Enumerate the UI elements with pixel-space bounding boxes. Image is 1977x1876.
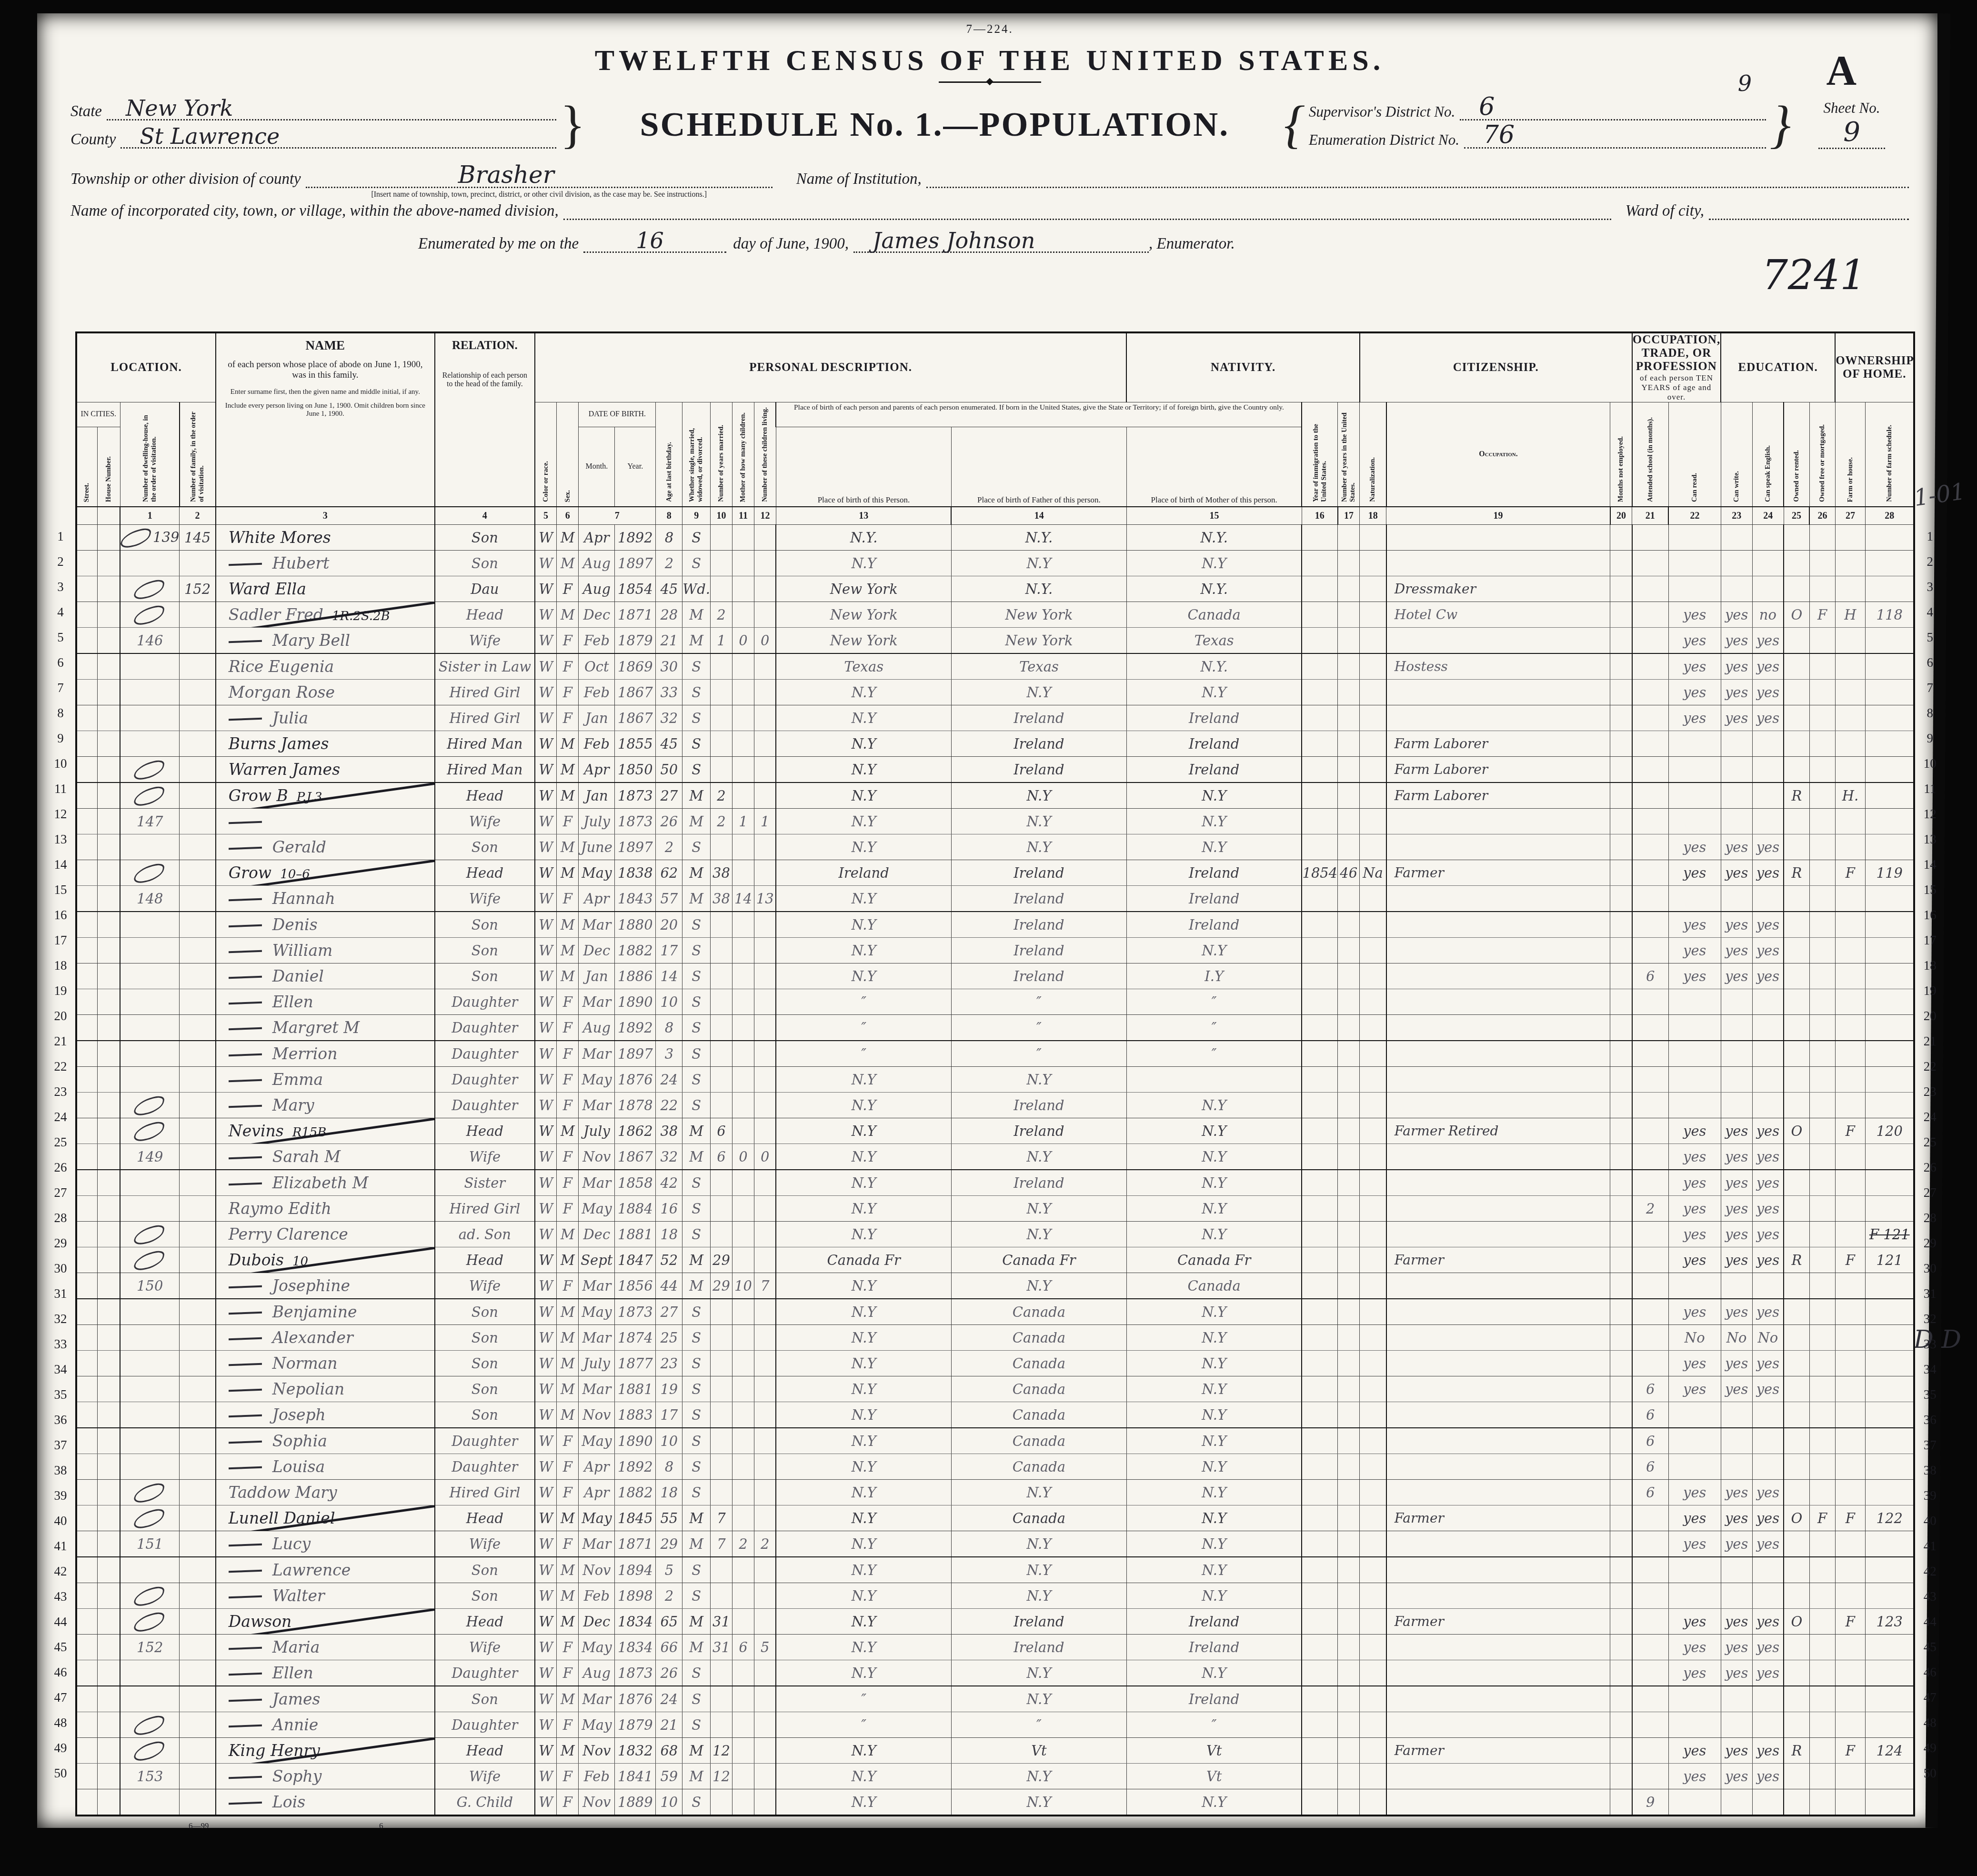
cell-mother-of (732, 1428, 754, 1454)
cell-can-speak: yes (1752, 1196, 1784, 1222)
cell-birth-month: Jan (579, 963, 615, 989)
cell-marital: M (682, 783, 711, 809)
cell-immigration-year (1302, 989, 1337, 1015)
cell-farm-schedule (1866, 912, 1915, 938)
cell-free-mortgaged (1809, 1764, 1835, 1789)
cell-can-write: yes (1721, 1118, 1752, 1144)
cell-name: Hubert (216, 551, 435, 576)
line-number-left-29: 29 (46, 1231, 75, 1256)
cell-dwelling (120, 1299, 180, 1325)
supervisor-district-line: 6 (1460, 100, 1766, 120)
cell-can-write (1721, 731, 1752, 757)
cell-family (180, 1170, 216, 1196)
township-line: Brasher [Insert name of township, town, … (306, 168, 773, 188)
cell-years-married (710, 1170, 732, 1196)
cell-dwelling (120, 1222, 180, 1247)
cell-can-speak (1752, 1454, 1784, 1480)
cell-house (97, 1093, 120, 1118)
line-number-right-38: 38 (1915, 1458, 1945, 1483)
cell-sex: M (557, 1351, 579, 1376)
cell-can-read: yes (1668, 602, 1721, 628)
cell-color: W (535, 1041, 557, 1067)
cell-color: W (535, 1299, 557, 1325)
cell-owned-rented (1784, 705, 1809, 731)
cell-birth-month: May (579, 1299, 615, 1325)
cell-free-mortgaged (1809, 1738, 1835, 1764)
cell-street (76, 1789, 97, 1816)
cell-farm-house: H (1835, 602, 1866, 628)
cell-free-mortgaged (1809, 1247, 1835, 1273)
cell-marital: M (682, 1609, 711, 1635)
line-number-right-39: 39 (1915, 1483, 1945, 1508)
cell-can-speak (1752, 1557, 1784, 1583)
enumerator-name: James Johnson (873, 228, 1035, 253)
county-line: St Lawrence (120, 128, 556, 149)
cell-immigration-year (1302, 938, 1337, 963)
cell-pob-person: N.Y (776, 1273, 951, 1299)
cell-years-in-us (1338, 1480, 1360, 1505)
col-pob-person: Place of birth of this Person. (776, 427, 951, 507)
cell-relation: Head (435, 1505, 535, 1531)
cell-children-living (754, 1583, 776, 1609)
cell-pob-father: Canada (951, 1428, 1126, 1454)
cell-name: Warren James (216, 757, 435, 783)
cell-birth-year: 1897 (615, 834, 656, 860)
cell-children-living (754, 1686, 776, 1712)
cell-can-speak (1752, 551, 1784, 576)
cell-can-write (1721, 1093, 1752, 1118)
cell-children-living (754, 1351, 776, 1376)
cell-street (76, 1557, 97, 1583)
cell-naturalization (1360, 1196, 1386, 1222)
cell-immigration-year (1302, 731, 1337, 757)
cell-pob-mother: Ireland (1126, 731, 1302, 757)
line-number-right-33: 33 (1915, 1332, 1945, 1357)
cell-street (76, 525, 97, 551)
cell-age: 26 (656, 809, 682, 834)
cell-color: W (535, 1376, 557, 1402)
cell-owned-rented (1784, 576, 1809, 602)
cell-family (180, 886, 216, 912)
cell-relation: Hired Girl (435, 1480, 535, 1505)
cell-months-not-employed (1610, 1505, 1632, 1531)
cell-naturalization (1360, 1144, 1386, 1170)
city-line (563, 200, 1611, 220)
cell-mother-of (732, 1738, 754, 1764)
cell-children-living (754, 860, 776, 886)
cell-attended-school (1632, 1764, 1669, 1789)
cell-immigration-year (1302, 1609, 1337, 1635)
cell-can-read: yes (1668, 1351, 1721, 1376)
cell-street (76, 1376, 97, 1402)
cell-can-speak: yes (1752, 1170, 1784, 1196)
cell-house (97, 1531, 120, 1557)
cell-years-in-us (1338, 1170, 1360, 1196)
cell-mother-of (732, 1583, 754, 1609)
cell-color: W (535, 1454, 557, 1480)
cell-farm-schedule (1866, 653, 1915, 680)
cell-birth-year: 1897 (615, 551, 656, 576)
cell-pob-mother: Ireland (1126, 860, 1302, 886)
cell-dwelling (120, 1093, 180, 1118)
cell-farm-house (1835, 809, 1866, 834)
cell-pob-father: Ireland (951, 860, 1126, 886)
cell-can-speak (1752, 886, 1784, 912)
cell-owned-rented (1784, 1067, 1809, 1093)
cell-street (76, 653, 97, 680)
cell-can-read: yes (1668, 1609, 1721, 1635)
cell-relation: Son (435, 912, 535, 938)
line-number-right-46: 46 (1915, 1660, 1945, 1685)
cell-birth-year: 1843 (615, 886, 656, 912)
cell-relation: Daughter (435, 1067, 535, 1093)
cell-marital: S (682, 525, 711, 551)
cell-owned-rented: R (1784, 783, 1809, 809)
cell-color: W (535, 1144, 557, 1170)
cell-attended-school: 6 (1632, 1454, 1669, 1480)
cell-pob-mother: N.Y (1126, 809, 1302, 834)
cell-house (97, 1609, 120, 1635)
cell-farm-house: F (1835, 1247, 1866, 1273)
census-table: LOCATION. NAME of each person whose plac… (75, 331, 1915, 1816)
cell-dwelling (120, 653, 180, 680)
cell-free-mortgaged (1809, 1789, 1835, 1816)
cell-birth-month: May (579, 1712, 615, 1738)
cell-house (97, 1170, 120, 1196)
cell-attended-school (1632, 1351, 1669, 1376)
cell-birth-month: Apr (579, 1480, 615, 1505)
line-number-right-48: 48 (1915, 1710, 1945, 1736)
cell-can-write (1721, 1015, 1752, 1041)
cell-children-living (754, 602, 776, 628)
cell-birth-month: Aug (579, 1015, 615, 1041)
cell-can-write: yes (1721, 1738, 1752, 1764)
cell-mother-of (732, 783, 754, 809)
cell-birth-year: 1874 (615, 1325, 656, 1351)
cell-age: 26 (656, 1660, 682, 1686)
cell-mother-of (732, 1454, 754, 1480)
cell-age: 65 (656, 1609, 682, 1635)
cell-pob-father: Vt (951, 1738, 1126, 1764)
cell-relation: Head (435, 783, 535, 809)
cell-owned-rented (1784, 628, 1809, 654)
cell-farm-schedule (1866, 1376, 1915, 1402)
cell-can-read: yes (1668, 1738, 1721, 1764)
cell-free-mortgaged (1809, 1325, 1835, 1351)
cell-attended-school: 6 (1632, 1402, 1669, 1428)
cell-occupation: Farmer (1386, 860, 1610, 886)
cell-age: 33 (656, 680, 682, 705)
cell-immigration-year (1302, 1222, 1337, 1247)
cell-birth-year: 1873 (615, 809, 656, 834)
cell-birth-month: Mar (579, 1041, 615, 1067)
cell-dwelling (120, 1247, 180, 1273)
cell-free-mortgaged (1809, 834, 1835, 860)
cell-pob-mother: N.Y (1126, 834, 1302, 860)
cell-naturalization (1360, 886, 1386, 912)
cell-street (76, 731, 97, 757)
cell-name: James (216, 1686, 435, 1712)
cell-sex: F (557, 1067, 579, 1093)
col-farm-schedule: Number of farm schedule. (1866, 402, 1915, 507)
cell-marital: S (682, 1376, 711, 1402)
cell-relation: Hired Girl (435, 705, 535, 731)
cell-farm-house (1835, 551, 1866, 576)
line-number-right-4: 4 (1915, 600, 1945, 625)
cell-dwelling (120, 963, 180, 989)
cell-immigration-year (1302, 1170, 1337, 1196)
cell-farm-house (1835, 628, 1866, 654)
cell-family (180, 1789, 216, 1816)
cell-name: Lois (216, 1789, 435, 1816)
person-row-35: JosephSonWMNov188317SN.YCanadaN.Y6 (76, 1402, 1914, 1428)
cell-pob-mother: N.Y (1126, 1789, 1302, 1816)
cell-can-read: yes (1668, 1118, 1721, 1144)
cell-sex: F (557, 576, 579, 602)
cell-can-read (1668, 1093, 1721, 1118)
cell-immigration-year (1302, 1247, 1337, 1273)
cell-naturalization (1360, 783, 1386, 809)
cell-mother-of: 1 (732, 809, 754, 834)
group-name: NAME of each person whose place of abode… (216, 332, 435, 507)
cell-color: W (535, 525, 557, 551)
cell-farm-schedule (1866, 938, 1915, 963)
line-number-right-26: 26 (1915, 1155, 1945, 1180)
cell-house (97, 705, 120, 731)
cell-farm-house (1835, 705, 1866, 731)
cell-years-married: 12 (710, 1738, 732, 1764)
cell-pob-mother: N.Y (1126, 1299, 1302, 1325)
cell-immigration-year (1302, 1351, 1337, 1376)
cell-sex: M (557, 1738, 579, 1764)
cell-pob-person: ″ (776, 1712, 951, 1738)
cell-months-not-employed (1610, 1247, 1632, 1273)
person-row-19: EllenDaughterWFMar189010S″″″ (76, 989, 1914, 1015)
cell-pob-mother: ″ (1126, 1712, 1302, 1738)
person-row-47: AnnieDaughterWFMay187921S″″″ (76, 1712, 1914, 1738)
person-row-21: MerrionDaughterWFMar18973S″″″ (76, 1041, 1914, 1067)
cell-naturalization (1360, 1609, 1386, 1635)
cell-pob-person: New York (776, 602, 951, 628)
line-number-left-7: 7 (46, 675, 75, 701)
cell-dwelling (120, 1686, 180, 1712)
cell-farm-schedule (1866, 628, 1915, 654)
cell-attended-school (1632, 1583, 1669, 1609)
cell-pob-mother: N.Y. (1126, 653, 1302, 680)
cell-years-in-us (1338, 1041, 1360, 1067)
cell-owned-rented (1784, 1480, 1809, 1505)
cell-mother-of: 10 (732, 1273, 754, 1299)
cell-years-married: 38 (710, 886, 732, 912)
cell-can-speak: No (1752, 1325, 1784, 1351)
cell-age: 21 (656, 1712, 682, 1738)
cell-can-write (1721, 1789, 1752, 1816)
cell-birth-month: May (579, 1067, 615, 1093)
cell-can-speak (1752, 1712, 1784, 1738)
line-number-left-44: 44 (46, 1609, 75, 1635)
cell-can-write: yes (1721, 938, 1752, 963)
cell-immigration-year (1302, 1273, 1337, 1299)
cell-years-in-us (1338, 1789, 1360, 1816)
cell-farm-schedule (1866, 1480, 1915, 1505)
cell-family (180, 1015, 216, 1041)
cell-mother-of (732, 705, 754, 731)
cell-age: 21 (656, 628, 682, 654)
cell-free-mortgaged (1809, 1118, 1835, 1144)
cell-house (97, 576, 120, 602)
cell-birth-year: 1881 (615, 1376, 656, 1402)
cell-pob-mother: ″ (1126, 1041, 1302, 1067)
line-number-left-18: 18 (46, 953, 75, 978)
cell-farm-house (1835, 1144, 1866, 1170)
cell-relation: Wife (435, 1273, 535, 1299)
cell-dwelling (120, 551, 180, 576)
person-row-30: 150JosephineWifeWFMar185644M29107N.YN.YC… (76, 1273, 1914, 1299)
cell-family (180, 628, 216, 654)
cell-birth-year: 1880 (615, 912, 656, 938)
cell-family (180, 1041, 216, 1067)
line-number-right-22: 22 (1915, 1054, 1945, 1079)
cell-children-living (754, 576, 776, 602)
cell-can-read: yes (1668, 1170, 1721, 1196)
cell-occupation (1386, 938, 1610, 963)
cell-pob-father: N.Y (951, 1067, 1126, 1093)
cell-owned-rented (1784, 1789, 1809, 1816)
cell-house (97, 1222, 120, 1247)
cell-free-mortgaged (1809, 989, 1835, 1015)
cell-age: 66 (656, 1635, 682, 1660)
cell-naturalization (1360, 1738, 1386, 1764)
cell-color: W (535, 963, 557, 989)
cell-occupation: Farmer (1386, 1505, 1610, 1531)
cell-relation: Sister in Law (435, 653, 535, 680)
cell-pob-person: N.Y (776, 1557, 951, 1583)
cell-can-read: yes (1668, 1222, 1721, 1247)
cell-marital: S (682, 757, 711, 783)
cell-pob-person: N.Y (776, 963, 951, 989)
col-sex: Sex. (557, 402, 579, 507)
cell-can-write: yes (1721, 1144, 1752, 1170)
cell-can-write: yes (1721, 705, 1752, 731)
line-number-left-26: 26 (46, 1155, 75, 1180)
cell-farm-schedule: F 121 (1866, 1222, 1915, 1247)
cell-can-write (1721, 886, 1752, 912)
enumerated-day: 16 (636, 228, 664, 253)
cell-dwelling (120, 705, 180, 731)
cell-free-mortgaged (1809, 1273, 1835, 1299)
line-number-right-1: 1 (1915, 524, 1945, 549)
cell-house (97, 1402, 120, 1428)
cell-can-speak: yes (1752, 1505, 1784, 1531)
col-pob-father: Place of birth of Father of this person. (951, 427, 1126, 507)
cell-birth-month: Apr (579, 525, 615, 551)
line-number-left-47: 47 (46, 1685, 75, 1710)
cell-farm-schedule (1866, 1428, 1915, 1454)
cell-attended-school (1632, 628, 1669, 654)
cell-name: Sarah M (216, 1144, 435, 1170)
cell-pob-father: Canada (951, 1351, 1126, 1376)
cell-owned-rented (1784, 1454, 1809, 1480)
cell-can-read: yes (1668, 1196, 1721, 1222)
person-row-4: Sadler Fred1R.2S.2BHeadWMDec187128M2New … (76, 602, 1914, 628)
cell-farm-schedule (1866, 551, 1915, 576)
col-street: Street. (76, 427, 97, 507)
cell-dwelling (120, 834, 180, 860)
cell-dwelling (120, 1454, 180, 1480)
cell-owned-rented: R (1784, 1738, 1809, 1764)
cell-can-speak (1752, 989, 1784, 1015)
cell-pob-person: N.Y (776, 1144, 951, 1170)
cell-birth-month: Oct (579, 653, 615, 680)
cell-name: Lunell Daniel (216, 1505, 435, 1531)
cell-attended-school (1632, 757, 1669, 783)
cell-attended-school (1632, 834, 1669, 860)
cell-family (180, 731, 216, 757)
cell-naturalization (1360, 1583, 1386, 1609)
cell-house (97, 525, 120, 551)
cell-relation: Son (435, 1583, 535, 1609)
cell-dwelling (120, 1067, 180, 1093)
cell-mother-of (732, 1505, 754, 1531)
line-number-left-17: 17 (46, 928, 75, 953)
cell-attended-school: 6 (1632, 1480, 1669, 1505)
cell-birth-year: 1897 (615, 1041, 656, 1067)
cell-sex: F (557, 1041, 579, 1067)
cell-attended-school (1632, 1144, 1669, 1170)
cell-street (76, 757, 97, 783)
cell-relation: Hired Man (435, 731, 535, 757)
cell-pob-mother: Canada (1126, 602, 1302, 628)
cell-can-speak: yes (1752, 1764, 1784, 1789)
cell-can-read: yes (1668, 1764, 1721, 1789)
cell-can-read: yes (1668, 705, 1721, 731)
cell-street (76, 912, 97, 938)
cell-can-read: yes (1668, 680, 1721, 705)
cell-years-in-us (1338, 1247, 1360, 1273)
cell-occupation (1386, 1273, 1610, 1299)
person-row-33: NormanSonWMJuly187723SN.YCanadaN.Yyesyes… (76, 1351, 1914, 1376)
cell-street (76, 1093, 97, 1118)
cell-can-speak (1752, 757, 1784, 783)
cell-years-married: 38 (710, 860, 732, 886)
cell-age: 25 (656, 1325, 682, 1351)
cell-naturalization (1360, 989, 1386, 1015)
cell-farm-house (1835, 1712, 1866, 1738)
cell-can-write: yes (1721, 653, 1752, 680)
col-number-18: 18 (1360, 507, 1386, 525)
cell-occupation (1386, 1093, 1610, 1118)
cell-color: W (535, 834, 557, 860)
cell-color: W (535, 1222, 557, 1247)
cell-sex: M (557, 1402, 579, 1428)
cell-sex: M (557, 1325, 579, 1351)
line-number-right-35: 35 (1915, 1382, 1945, 1407)
person-row-3: 152Ward EllaDauWFAug185445Wd.New YorkN.Y… (76, 576, 1914, 602)
cell-farm-schedule (1866, 1041, 1915, 1067)
cell-marital: S (682, 1454, 711, 1480)
line-number-right-13: 13 (1915, 827, 1945, 852)
brace-right: } (560, 103, 585, 145)
cell-age: 50 (656, 757, 682, 783)
cell-pob-father: Ireland (951, 1635, 1126, 1660)
cell-farm-schedule (1866, 680, 1915, 705)
cell-attended-school (1632, 860, 1669, 886)
cell-occupation (1386, 628, 1610, 654)
cell-street (76, 1738, 97, 1764)
cell-immigration-year (1302, 1067, 1337, 1093)
person-row-28: Perry Clarencead. SonWMDec188118SN.YN.YN… (76, 1222, 1914, 1247)
cell-years-married: 2 (710, 602, 732, 628)
